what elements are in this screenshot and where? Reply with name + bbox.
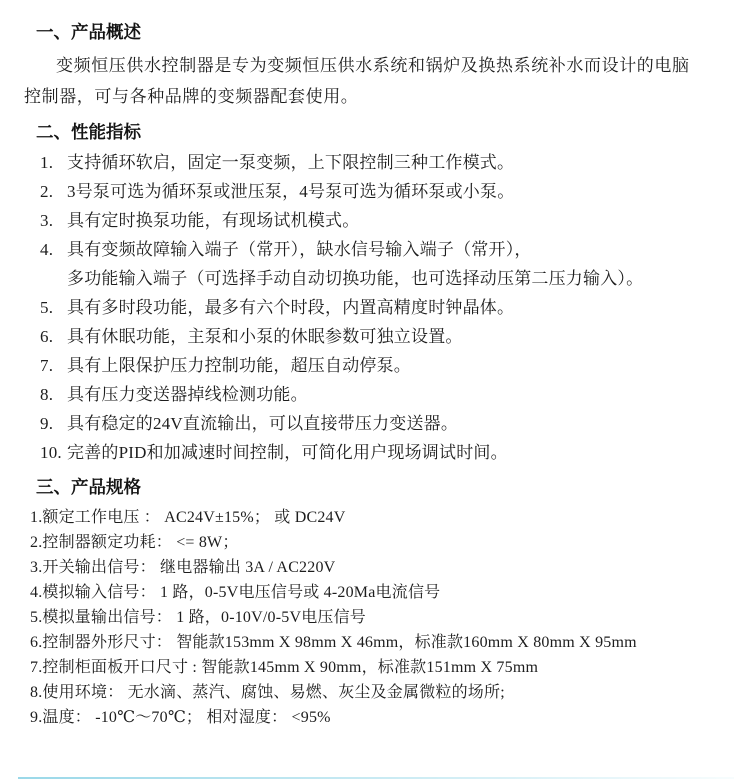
perf-item-number: 5.: [40, 293, 67, 322]
perf-item-text: 具有多时段功能，最多有六个时段，内置高精度时钟晶体。: [67, 298, 514, 317]
perf-item-text: 具有上限保护压力控制功能，超压自动停泵。: [67, 356, 411, 375]
bottom-divider-rule: [18, 777, 734, 779]
perf-item-number: 3.: [40, 206, 67, 235]
perf-item-number: 4.: [40, 235, 67, 264]
perf-item-text: 具有休眠功能，主泵和小泵的休眠参数可独立设置。: [67, 327, 463, 346]
perf-item-1: 1.支持循环软启，固定一泵变频，上下限控制三种工作模式。: [40, 148, 740, 177]
spec-line-9: 9.温度： -10℃～70℃； 相对湿度： <95%: [30, 705, 740, 730]
spec-line-6: 6.控制器外形尺寸： 智能款153mm X 98mm X 46mm，标准款160…: [30, 630, 740, 655]
document-page: 一、产品概述 变频恒压供水控制器是专为变频恒压供水系统和锅炉及换热系统补水而设计…: [0, 0, 750, 782]
perf-item-5: 5.具有多时段功能，最多有六个时段，内置高精度时钟晶体。: [40, 293, 740, 322]
section-1-heading: 一、产品概述: [36, 20, 750, 44]
perf-item-number: 8.: [40, 380, 67, 409]
overview-paragraph-line-1: 变频恒压供水控制器是专为变频恒压供水系统和锅炉及换热系统补水而设计的电脑: [24, 50, 735, 81]
spec-line-5: 5.模拟量输出信号： 1 路，0-10V/0-5V电压信号: [30, 605, 740, 630]
perf-item-text: 具有变频故障输入端子（常开），缺水信号输入端子（常开），: [67, 240, 532, 259]
perf-item-number: 6.: [40, 322, 67, 351]
spec-line-4: 4.模拟输入信号： 1 路，0-5V电压信号或 4-20Ma电流信号: [30, 580, 740, 605]
spec-line-3: 3.开关输出信号： 继电器输出 3A / AC220V: [30, 555, 740, 580]
perf-item-number: 9.: [40, 409, 67, 438]
section-3-heading: 三、产品规格: [36, 475, 750, 499]
perf-item-7: 7.具有上限保护压力控制功能，超压自动停泵。: [40, 351, 740, 380]
spec-line-7: 7.控制柜面板开口尺寸 : 智能款145mm X 90mm，标准款151mm X…: [30, 655, 740, 680]
perf-item-6: 6.具有休眠功能，主泵和小泵的休眠参数可独立设置。: [40, 322, 740, 351]
perf-item-10: 10.完善的PID和加减速时间控制，可简化用户现场调试时间。: [40, 438, 740, 467]
perf-item-9: 9.具有稳定的24V直流输出，可以直接带压力变送器。: [40, 409, 740, 438]
perf-item-4-continuation: 多功能输入端子（可选择手动自动切换功能，也可选择动压第二压力输入）。: [40, 264, 740, 293]
perf-item-8: 8.具有压力变送器掉线检测功能。: [40, 380, 740, 409]
perf-item-2: 2.3号泵可选为循环泵或泄压泵，4号泵可选为循环泵或小泵。: [40, 177, 740, 206]
section-2-heading: 二、性能指标: [36, 120, 750, 144]
perf-item-number: 1.: [40, 148, 67, 177]
perf-item-text: 3号泵可选为循环泵或泄压泵，4号泵可选为循环泵或小泵。: [67, 182, 514, 201]
perf-item-text: 具有压力变送器掉线检测功能。: [67, 385, 308, 404]
spec-line-8: 8.使用环境： 无水滴、蒸汽、腐蚀、易燃、灰尘及金属微粒的场所;: [30, 680, 740, 705]
perf-item-text: 具有稳定的24V直流输出，可以直接带压力变送器。: [67, 414, 458, 433]
spec-line-1: 1.额定工作电压 ： AC24V±15%； 或 DC24V: [30, 505, 740, 530]
spec-line-2: 2.控制器额定功耗： <= 8W；: [30, 530, 740, 555]
perf-item-text: 支持循环软启，固定一泵变频，上下限控制三种工作模式。: [67, 153, 514, 172]
perf-item-4: 4.具有变频故障输入端子（常开），缺水信号输入端子（常开）， 多功能输入端子（可…: [40, 235, 740, 293]
perf-item-number: 2.: [40, 177, 67, 206]
perf-item-text: 具有定时换泵功能，有现场试机模式。: [67, 211, 359, 230]
spec-list: 1.额定工作电压 ： AC24V±15%； 或 DC24V 2.控制器额定功耗：…: [30, 505, 740, 730]
overview-paragraph: 变频恒压供水控制器是专为变频恒压供水系统和锅炉及换热系统补水而设计的电脑 控制器…: [24, 50, 735, 112]
perf-item-text: 完善的PID和加减速时间控制，可简化用户现场调试时间。: [67, 443, 508, 462]
perf-item-number: 10.: [40, 438, 67, 467]
overview-paragraph-line-2: 控制器，可与各种品牌的变频器配套使用。: [24, 81, 735, 112]
perf-item-3: 3.具有定时换泵功能，有现场试机模式。: [40, 206, 740, 235]
performance-list: 1.支持循环软启，固定一泵变频，上下限控制三种工作模式。 2.3号泵可选为循环泵…: [40, 148, 740, 467]
perf-item-number: 7.: [40, 351, 67, 380]
